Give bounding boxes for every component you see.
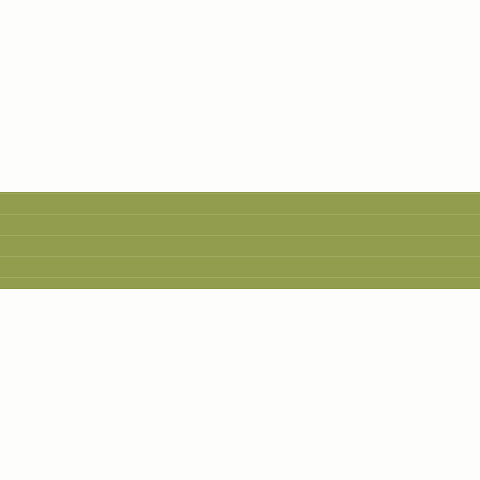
screenshot-canvas xyxy=(0,0,480,480)
title-banner-overlay xyxy=(0,192,480,289)
